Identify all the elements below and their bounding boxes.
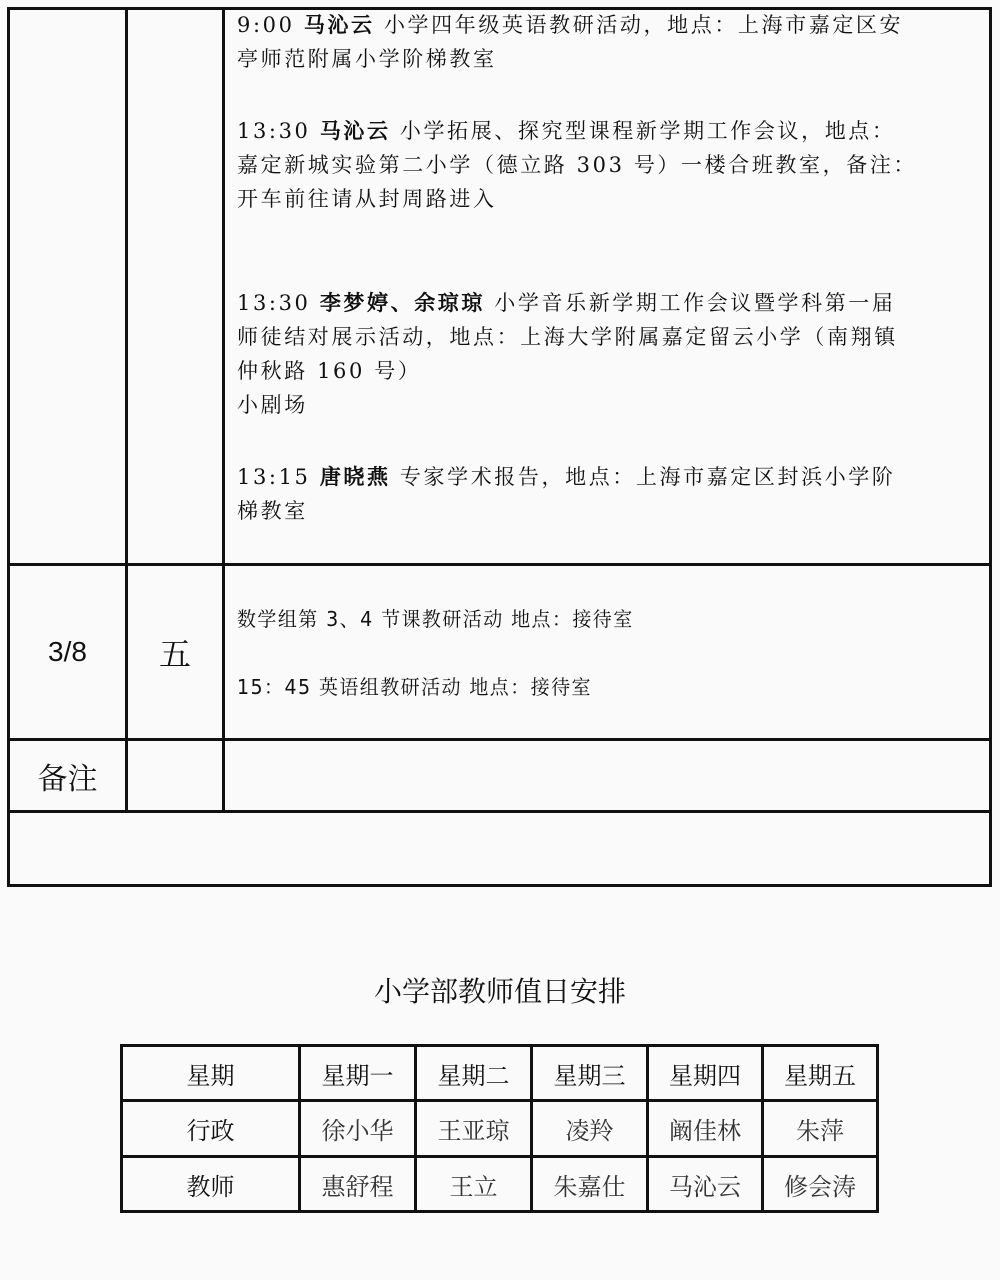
schedule-entry: 13:30 马沁云 小学拓展、探究型课程新学期工作会议，地点： 嘉定新城实验第二… <box>237 114 982 216</box>
entry-text: 梯教室 <box>237 494 982 528</box>
entry-text: 仲秋路 160 号） <box>237 354 982 388</box>
entry-person: 马沁云 <box>304 12 375 37</box>
entry-text: 嘉定新城实验第二小学（德立路 303 号）一楼合班教室，备注： <box>237 148 982 182</box>
entry-time: 9:00 <box>237 13 295 37</box>
duty-border-right <box>876 1044 879 1213</box>
duty-header-cell: 星期一 <box>301 1047 414 1099</box>
duty-name-cell: 王立 <box>417 1158 530 1210</box>
duty-row-label: 教师 <box>123 1158 298 1210</box>
duty-name-cell: 阚佳林 <box>649 1102 761 1155</box>
table-border-bottom <box>8 884 992 887</box>
duty-name-cell: 徐小华 <box>301 1102 414 1155</box>
weekday-cell: 五 <box>128 566 222 738</box>
entry-person: 李梦婷、余琼琼 <box>320 290 485 315</box>
duty-name-cell: 王亚琼 <box>417 1102 530 1155</box>
notes-label: 备注 <box>10 741 125 810</box>
empty-row <box>10 813 989 884</box>
date-cell <box>10 10 125 563</box>
duty-name-cell: 朱萍 <box>764 1102 876 1155</box>
weekday-cell <box>128 10 222 563</box>
table-border-right <box>989 7 992 887</box>
duty-border-bottom <box>120 1210 879 1213</box>
duty-name-cell: 惠舒程 <box>301 1158 414 1210</box>
schedule-entry: 数学组第 3、4 节课教研活动 地点：接待室 <box>237 603 634 632</box>
entry-time: 13:15 <box>237 465 311 489</box>
date-cell: 3/8 <box>10 566 125 738</box>
schedule-entry: 13:15 唐晓燕 专家学术报告，地点：上海市嘉定区封浜小学阶 梯教室 <box>237 460 982 528</box>
duty-header-cell: 星期二 <box>417 1047 530 1099</box>
duty-name-cell: 修会涛 <box>764 1158 876 1210</box>
entry-text: 小剧场 <box>237 388 982 422</box>
schedule-entry: 13:30 李梦婷、余琼琼 小学音乐新学期工作会议暨学科第一届 师徒结对展示活动… <box>237 286 982 422</box>
entry-text: 开车前往请从封周路进入 <box>237 182 982 216</box>
entry-person: 马沁云 <box>320 118 391 143</box>
duty-row-label: 行政 <box>123 1102 298 1155</box>
entry-text: 小学音乐新学期工作会议暨学科第一届 <box>494 291 895 315</box>
duty-title: 小学部教师值日安排 <box>0 970 1000 1010</box>
column-divider-weekday <box>222 7 225 813</box>
notes-value <box>225 741 989 810</box>
entry-text: 师徒结对展示活动，地点：上海大学附属嘉定留云小学（南翔镇 <box>237 320 982 354</box>
schedule-entry: 15：45 英语组教研活动 地点：接待室 <box>237 671 592 700</box>
duty-header-cell: 星期 <box>123 1047 298 1099</box>
entry-person: 唐晓燕 <box>320 464 391 489</box>
duty-name-cell: 马沁云 <box>649 1158 761 1210</box>
schedule-entry: 9:00 马沁云 小学四年级英语教研活动，地点：上海市嘉定区安 亭师范附属小学阶… <box>237 8 982 76</box>
duty-name-cell: 凌羚 <box>533 1102 646 1155</box>
duty-name-cell: 朱嘉仕 <box>533 1158 646 1210</box>
entry-text: 亭师范附属小学阶梯教室 <box>237 42 982 76</box>
duty-header-cell: 星期三 <box>533 1047 646 1099</box>
entry-time: 13:30 <box>237 291 311 315</box>
duty-header-cell: 星期五 <box>764 1047 876 1099</box>
duty-header-cell: 星期四 <box>649 1047 761 1099</box>
entry-text: 专家学术报告，地点：上海市嘉定区封浜小学阶 <box>400 465 896 489</box>
entry-time: 13:30 <box>237 119 311 143</box>
entry-text: 小学拓展、探究型课程新学期工作会议，地点： <box>400 119 896 143</box>
entry-text: 小学四年级英语教研活动，地点：上海市嘉定区安 <box>384 13 903 37</box>
